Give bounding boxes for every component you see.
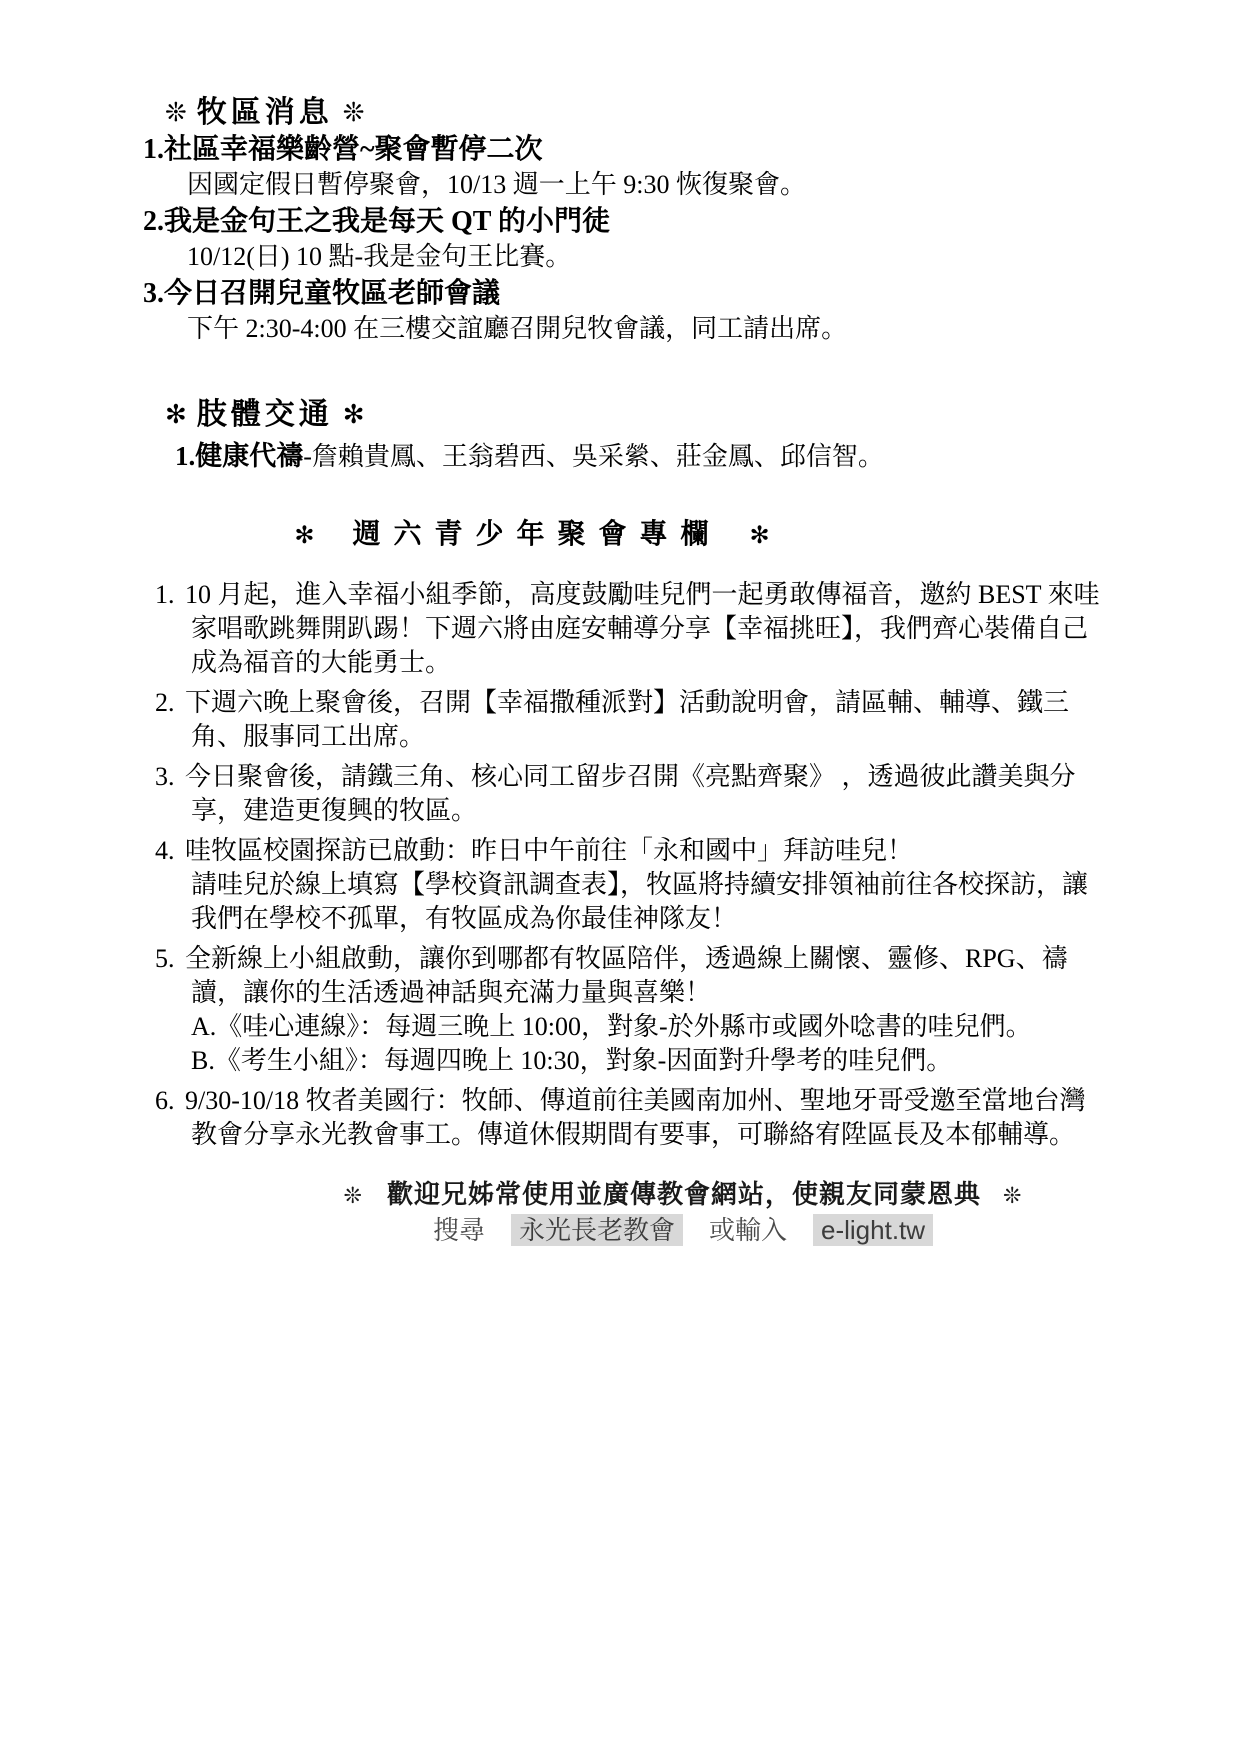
list-item: 1.10 月起，進入幸福小組季節，高度鼓勵哇兒們一起勇敢傳福音，邀約 BEST … bbox=[155, 578, 1101, 680]
flower-icon: ✻ bbox=[750, 522, 770, 549]
list-item: 5.全新線上小組啟動，讓你到哪都有牧區陪伴，透過線上關懷、靈修、RPG、禱讀，讓… bbox=[155, 942, 1101, 1010]
bulletin-page: ❊牧區消息❊ 1.社區幸福樂齡營~聚會暫停二次 因國定假日暫停聚會，10/13 … bbox=[0, 0, 1241, 1755]
flower-icon: ❊ bbox=[165, 97, 187, 127]
news-item: 1.社區幸福樂齡營~聚會暫停二次 因國定假日暫停聚會，10/13 週一上午 9:… bbox=[143, 132, 1101, 202]
news-item-title: 2.我是金句王之我是每天 QT 的小門徒 bbox=[143, 204, 1101, 239]
list-item: 3.今日聚會後，請鐵三角、核心同工留步召開《亮點齊聚》 ，透過彼此讚美與分享，建… bbox=[155, 760, 1101, 828]
flower-icon: ❊ bbox=[343, 97, 365, 127]
list-item-subtext: A.《哇心連線》：每週三晚上 10:00，對象-於外縣市或國外唸書的哇兒們。 bbox=[155, 1010, 1101, 1044]
list-item-text: 下週六晚上聚會後，召開【幸福撒種派對】活動說明會，請區輔、輔導、鐵三角、服事同工… bbox=[185, 688, 1069, 751]
list-item: 2.下週六晚上聚會後，召開【幸福撒種派對】活動說明會，請區輔、輔導、鐵三角、服事… bbox=[155, 686, 1101, 754]
list-item: 4.哇牧區校園探訪已啟動：昨日中午前往「永和國中」拜訪哇兒！ bbox=[155, 834, 1101, 868]
news-item: 3.今日召開兒童牧區老師會議 下午 2:30-4:00 在三樓交誼廳召開兒牧會議… bbox=[143, 276, 1101, 346]
list-item-number: 4. bbox=[155, 834, 185, 868]
website-promo: ❊歡迎兄姊常使用並廣傳教會網站，使親友同蒙恩典❊ 搜尋永光長老教會或輸入e-li… bbox=[293, 1178, 1073, 1246]
section-fellowship: ✻肢體交通✻ 1.健康代禱-詹賴貴鳳、王翁碧西、吳采縈、莊金鳳、邱信智。 bbox=[143, 398, 1101, 474]
website-promo-message: ❊歡迎兄姊常使用並廣傳教會網站，使親友同蒙恩典❊ bbox=[293, 1178, 1073, 1212]
list-item-number: 3. bbox=[155, 760, 185, 794]
flower-icon: ✻ bbox=[294, 522, 314, 549]
flower-icon: ✻ bbox=[165, 399, 187, 429]
section-youth-column: ✻週六青少年聚會專欄✻ 1.10 月起，進入幸福小組季節，高度鼓勵哇兒們一起勇敢… bbox=[143, 519, 1101, 1152]
news-item-body: 10/12(日) 10 點-我是金句王比賽。 bbox=[187, 239, 1101, 274]
search-label: 搜尋 bbox=[433, 1215, 485, 1245]
fellowship-item-label: 1.健康代禱 bbox=[175, 441, 303, 471]
list-item-text: 10 月起，進入幸福小組季節，高度鼓勵哇兒們一起勇敢傳福音，邀約 BEST 來哇… bbox=[185, 580, 1100, 677]
or-label: 或輸入 bbox=[709, 1215, 787, 1245]
news-item-title: 1.社區幸福樂齡營~聚會暫停二次 bbox=[143, 132, 1101, 167]
youth-column-title: 週六青少年聚會專欄 bbox=[352, 519, 721, 550]
church-name-highlight: 永光長老教會 bbox=[511, 1214, 683, 1246]
youth-column-heading: ✻週六青少年聚會專欄✻ bbox=[143, 519, 921, 552]
section-pastoral-news: ❊牧區消息❊ 1.社區幸福樂齡營~聚會暫停二次 因國定假日暫停聚會，10/13 … bbox=[143, 96, 1101, 346]
list-item-number: 5. bbox=[155, 942, 185, 976]
pastoral-news-title: 牧區消息 bbox=[197, 96, 333, 129]
youth-list: 1.10 月起，進入幸福小組季節，高度鼓勵哇兒們一起勇敢傳福音，邀約 BEST … bbox=[155, 578, 1101, 1152]
list-item-number: 6. bbox=[155, 1084, 185, 1118]
news-item-body: 因國定假日暫停聚會，10/13 週一上午 9:30 恢復聚會。 bbox=[187, 167, 1101, 202]
pastoral-news-heading: ❊牧區消息❊ bbox=[165, 96, 1101, 130]
news-item: 2.我是金句王之我是每天 QT 的小門徒 10/12(日) 10 點-我是金句王… bbox=[143, 204, 1101, 274]
list-item-text: 今日聚會後，請鐵三角、核心同工留步召開《亮點齊聚》 ，透過彼此讚美與分享，建造更… bbox=[185, 762, 1076, 825]
list-item-number: 2. bbox=[155, 686, 185, 720]
list-item: 6.9/30-10/18 牧者美國行：牧師、傳道前往美國南加州、聖地牙哥受邀至當… bbox=[155, 1084, 1101, 1152]
list-item-text: 全新線上小組啟動，讓你到哪都有牧區陪伴，透過線上關懷、靈修、RPG、禱讀，讓你的… bbox=[185, 944, 1068, 1007]
website-search-line: 搜尋永光長老教會或輸入e-light.tw bbox=[293, 1214, 1073, 1246]
fellowship-item: 1.健康代禱-詹賴貴鳳、王翁碧西、吳采縈、莊金鳳、邱信智。 bbox=[175, 439, 1101, 474]
flower-icon: ❊ bbox=[1003, 1183, 1022, 1208]
flower-icon: ✻ bbox=[343, 399, 365, 429]
website-url: e-light.tw bbox=[813, 1214, 933, 1246]
list-item-subtext: 請哇兒於線上填寫【學校資訊調查表】，牧區將持續安排領袖前往各校探訪，讓我們在學校… bbox=[155, 868, 1101, 936]
list-item-text: 哇牧區校園探訪已啟動：昨日中午前往「永和國中」拜訪哇兒！ bbox=[185, 836, 913, 865]
list-item-text: 9/30-10/18 牧者美國行：牧師、傳道前往美國南加州、聖地牙哥受邀至當地台… bbox=[185, 1086, 1086, 1149]
list-item-number: 1. bbox=[155, 578, 185, 612]
news-item-body: 下午 2:30-4:00 在三樓交誼廳召開兒牧會議，同工請出席。 bbox=[187, 311, 1101, 346]
flower-icon: ❊ bbox=[344, 1183, 363, 1208]
promo-text: 歡迎兄姊常使用並廣傳教會網站，使親友同蒙恩典 bbox=[387, 1179, 981, 1209]
list-item-subtext: B.《考生小組》：每週四晚上 10:30，對象-因面對升學考的哇兒們。 bbox=[155, 1044, 1101, 1078]
news-item-title: 3.今日召開兒童牧區老師會議 bbox=[143, 276, 1101, 311]
fellowship-item-names: -詹賴貴鳳、王翁碧西、吳采縈、莊金鳳、邱信智。 bbox=[303, 442, 884, 471]
fellowship-title: 肢體交通 bbox=[197, 398, 333, 431]
fellowship-heading: ✻肢體交通✻ bbox=[165, 398, 1101, 432]
